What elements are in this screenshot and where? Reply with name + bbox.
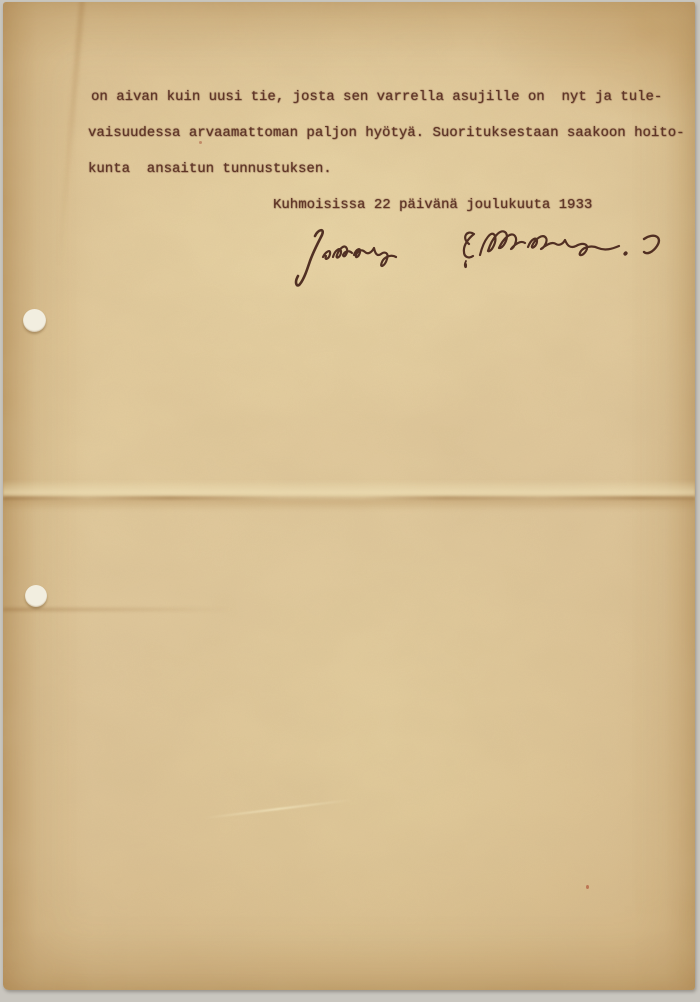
- fold-crease-highlight: [3, 480, 695, 498]
- typed-line-3: kunta ansaitun tunnustuksen.: [88, 151, 695, 187]
- scratch-mark: [203, 799, 352, 819]
- scanned-letter-page: on aivan kuin uusi tie, josta sen varrel…: [0, 0, 700, 1002]
- typed-line-1: on aivan kuin uusi tie, josta sen varrel…: [91, 79, 695, 115]
- fold-crease-middle: [3, 496, 695, 500]
- fold-crease-lower-left: [3, 608, 233, 611]
- typed-text-block: on aivan kuin uusi tie, josta sen varrel…: [88, 79, 695, 223]
- crease-top-left: [57, 2, 85, 268]
- dateline: Kuhmoisissa 22 päivänä joulukuuta 1933: [273, 187, 695, 223]
- punch-hole-bottom: [25, 585, 47, 607]
- paper-sheet: on aivan kuin uusi tie, josta sen varrel…: [3, 2, 695, 990]
- ink-speck: [586, 885, 589, 889]
- signature-right: [451, 224, 669, 284]
- typed-line-2: vaisuudessa arvaamattoman paljon hyötyä.…: [88, 115, 695, 151]
- punch-hole-top: [23, 309, 46, 332]
- signature-left: [285, 226, 403, 292]
- fold-crease-shadow: [3, 500, 695, 512]
